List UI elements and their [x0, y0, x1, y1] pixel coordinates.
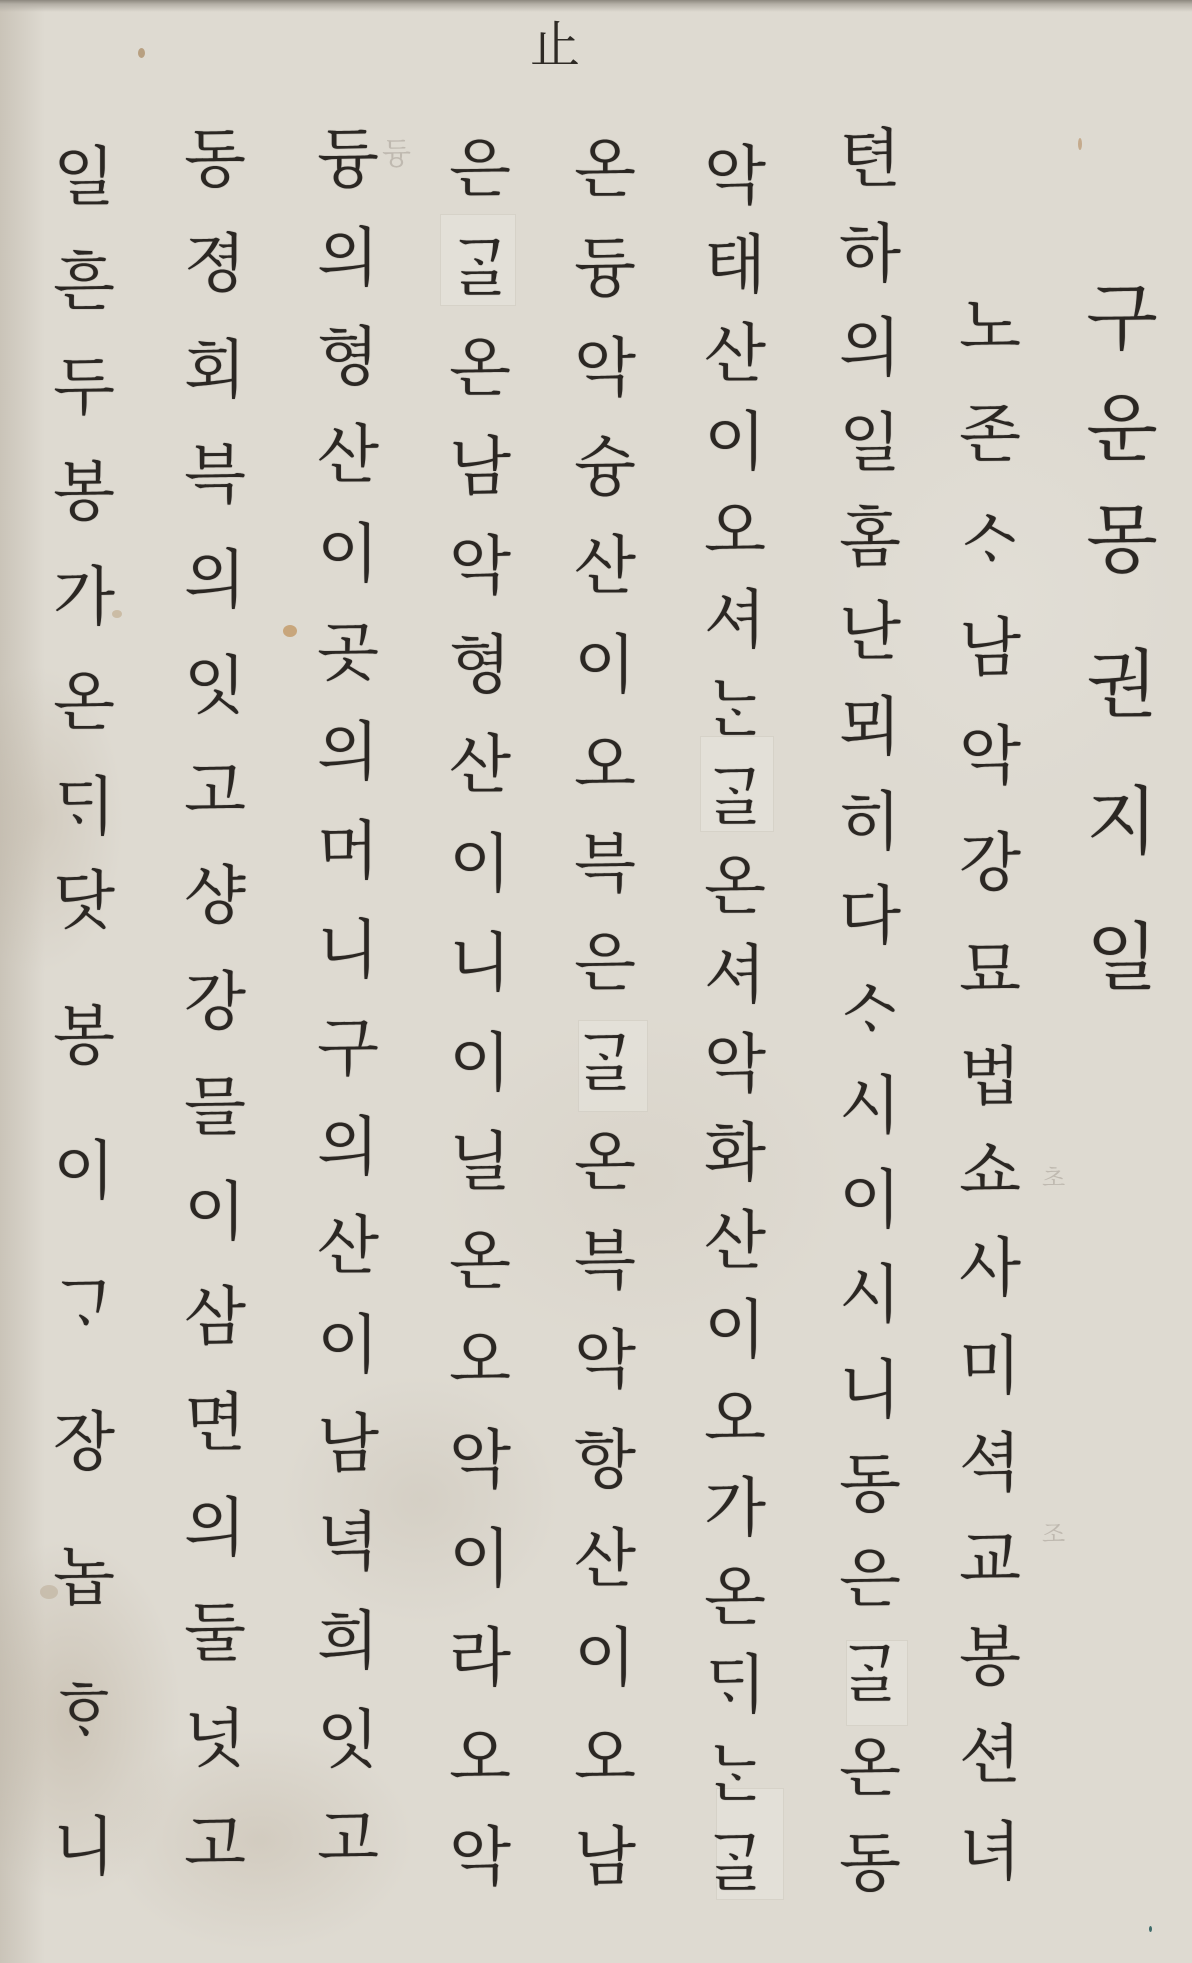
- character: 슝: [574, 436, 636, 500]
- character: 온: [449, 337, 511, 401]
- character: ᄃᆡ: [704, 1654, 766, 1718]
- text-column: 텬 하 의 일 홈 난 뫼 히 다 ᄉᆞ 시 이 시 니 동 은 ᄀᆞᆯ 온 동: [815, 0, 925, 1963]
- character: 이: [449, 1032, 511, 1096]
- character: 셕: [959, 1432, 1021, 1496]
- character: 운: [1086, 392, 1157, 466]
- character: ᄃᆡ: [53, 776, 115, 840]
- character: 동: [184, 128, 246, 192]
- character: 니: [317, 919, 379, 983]
- character: 교: [959, 1529, 1021, 1593]
- character: 머: [317, 820, 379, 884]
- character: 일: [53, 146, 115, 210]
- character: 이: [53, 1140, 115, 1204]
- character: 니: [53, 1816, 115, 1880]
- character: 강: [959, 832, 1021, 896]
- text-column: 듕 의 형 산 이 곳 의 머 니 구 의 산 이 남 녁 희 잇 고: [293, 0, 403, 1963]
- character: 봉: [53, 461, 115, 525]
- character: ᄀᆞᆯ: [449, 237, 511, 301]
- character: 은: [449, 138, 511, 202]
- character: 다: [839, 885, 901, 949]
- character: 의: [184, 1497, 246, 1561]
- character: 삼: [184, 1286, 246, 1350]
- character: ᄒᆞ: [53, 1681, 115, 1745]
- character: ᄉᆞ: [839, 980, 901, 1044]
- character: 이: [574, 1627, 636, 1691]
- character: 악: [449, 1826, 511, 1890]
- character: 곳: [317, 622, 379, 686]
- character: 은: [839, 1548, 901, 1612]
- column-segment: 노 존 ᄉᆞ 남 악 강 묘 법: [935, 296, 1045, 1110]
- character: 이: [574, 634, 636, 698]
- character: 의: [317, 721, 379, 785]
- character: 이: [184, 1181, 246, 1245]
- character: 회: [184, 339, 246, 403]
- character: 시: [839, 1075, 901, 1139]
- character: 산: [317, 424, 379, 488]
- character: 오: [574, 1727, 636, 1791]
- text-column-heading: 노 존 ᄉᆞ 남 악 강 묘 법 쇼 사 미 셕 교 봉 션 녀: [935, 0, 1045, 1963]
- character: 온: [839, 1737, 901, 1801]
- character: 구: [1086, 281, 1157, 355]
- character: 놉: [53, 1546, 115, 1610]
- character: 녁: [317, 1511, 379, 1575]
- character: 뫼: [839, 696, 901, 760]
- character: 온: [704, 1566, 766, 1630]
- character: 가: [53, 566, 115, 630]
- character: 이: [317, 1314, 379, 1378]
- character: 이: [449, 1528, 511, 1592]
- character: 존: [959, 403, 1021, 467]
- character: 사: [959, 1237, 1021, 1301]
- character: 션: [959, 1724, 1021, 1788]
- column-segment: 닷 봉 이 ᄀᆞ 장 놉 ᄒᆞ 니: [29, 870, 139, 1880]
- character: ᄂᆞᆫ: [704, 1743, 766, 1807]
- character: 넛: [184, 1708, 246, 1772]
- character: 의: [184, 549, 246, 613]
- character: 고: [184, 1813, 246, 1877]
- text-column: 동 졍 회 븍 의 잇 고 샹 강 믈 이 삼 면 의 둘 넛 고: [160, 0, 270, 1963]
- character: 산: [704, 1210, 766, 1274]
- character: 지: [1086, 785, 1157, 859]
- character: 악: [574, 1329, 636, 1393]
- character: 구: [317, 1017, 379, 1081]
- character: 봉: [959, 1626, 1021, 1690]
- character: ᄂᆞᆫ: [704, 678, 766, 742]
- character: 이: [317, 523, 379, 587]
- column-segment: 권 지 일: [1067, 648, 1177, 995]
- character: 흔: [53, 251, 115, 315]
- character: 븍: [574, 833, 636, 897]
- character: 묘: [959, 939, 1021, 1003]
- character: 셔: [704, 944, 766, 1008]
- character: 난: [839, 601, 901, 665]
- character: 믈: [184, 1076, 246, 1140]
- character: ᄀᆞᆯ: [574, 1032, 636, 1096]
- character: 고: [184, 760, 246, 824]
- character: ᄀᆞ: [53, 1275, 115, 1339]
- character: 강: [184, 971, 246, 1035]
- character: 산: [704, 323, 766, 387]
- text-column: 악 태 산 이 오 셔 ᄂᆞᆫ ᄀᆞᆯ 온 셔 악 화 산 이 오 가 온 ᄃᆡ…: [680, 0, 790, 1963]
- character: 산: [449, 734, 511, 798]
- character: 동: [839, 1832, 901, 1896]
- column-segment: 온 듕 악 슝 산 이 오 븍 은 ᄀᆞᆯ 온 븍 악 항 산 이 오 남: [550, 138, 660, 1890]
- character: 시: [839, 1264, 901, 1328]
- character: 악: [449, 535, 511, 599]
- character: 이: [704, 1299, 766, 1363]
- pencil-annotation: 초: [1042, 1166, 1065, 1190]
- character: 니: [449, 932, 511, 996]
- character: 졍: [184, 233, 246, 297]
- character: ᄀᆞᆯ: [704, 766, 766, 830]
- character: 하: [839, 223, 901, 287]
- character: 듕: [574, 237, 636, 301]
- character: 이: [449, 833, 511, 897]
- character: 일: [839, 412, 901, 476]
- character: 화: [704, 1122, 766, 1186]
- character: ᄀᆞᆯ: [839, 1643, 901, 1707]
- character: 형: [449, 634, 511, 698]
- column-segment: 동 졍 회 븍 의 잇 고 샹 강 믈 이 삼 면 의 둘 넛 고: [160, 128, 270, 1877]
- character: 잇: [184, 655, 246, 719]
- character: 온: [574, 1131, 636, 1195]
- character: 태: [704, 234, 766, 298]
- character: 의: [839, 317, 901, 381]
- character: 항: [574, 1429, 636, 1493]
- character: 오: [449, 1329, 511, 1393]
- character: 희: [317, 1610, 379, 1674]
- character: 오: [704, 1388, 766, 1452]
- character: 듕: [317, 128, 379, 192]
- text-column-title: 구 운 몽 권 지 일: [1067, 0, 1177, 1963]
- character: 오: [574, 734, 636, 798]
- character: 은: [574, 932, 636, 996]
- character: 븍: [184, 444, 246, 508]
- text-column: 온 듕 악 슝 산 이 오 븍 은 ᄀᆞᆯ 온 븍 악 항 산 이 오 남: [550, 0, 660, 1963]
- manuscript-page: 듕 초 조 止 구 운 몽 권 지 일 노 존 ᄉᆞ 남 악 강 묘 법 쇼 사: [0, 0, 1192, 1963]
- character: 가: [704, 1477, 766, 1541]
- character: 샹: [184, 865, 246, 929]
- character: 븍: [574, 1230, 636, 1294]
- character: 닷: [53, 870, 115, 934]
- character: 몽: [1086, 503, 1157, 577]
- character: 악: [574, 337, 636, 401]
- character: 텬: [839, 128, 901, 192]
- character: 권: [1086, 648, 1157, 722]
- column-segment: 악 태 산 이 오 셔 ᄂᆞᆫ ᄀᆞᆯ 온 셔 악 화 산 이 오 가 온 ᄃᆡ…: [680, 145, 790, 1896]
- character: ᄉᆞ: [959, 510, 1021, 574]
- character: 동: [839, 1453, 901, 1517]
- character: 셔: [704, 589, 766, 653]
- character: 남: [317, 1413, 379, 1477]
- character: 두: [53, 356, 115, 420]
- character: 온: [53, 671, 115, 735]
- character: 잇: [317, 1709, 379, 1773]
- character: 홈: [839, 507, 901, 571]
- character: 이: [839, 1169, 901, 1233]
- character: 니: [839, 1359, 901, 1423]
- character: 산: [317, 1215, 379, 1279]
- character: 라: [449, 1627, 511, 1691]
- character: 온: [449, 1230, 511, 1294]
- character: 녀: [959, 1821, 1021, 1885]
- character: 악: [704, 1033, 766, 1097]
- character: 오: [449, 1727, 511, 1791]
- character: 악: [959, 725, 1021, 789]
- character: 미: [959, 1335, 1021, 1399]
- character: 산: [574, 535, 636, 599]
- character: 봉: [53, 1005, 115, 1069]
- character: 법: [959, 1046, 1021, 1110]
- character: 온: [574, 138, 636, 202]
- character: 쇼: [959, 1140, 1021, 1204]
- column-segment: 은 ᄀᆞᆯ 온 남 악 형 산 이 니 이 닐 온 오 악 이 라 오 악: [425, 138, 535, 1890]
- character: 형: [317, 326, 379, 390]
- character: 면: [184, 1392, 246, 1456]
- character: 의: [317, 227, 379, 291]
- character: 남: [574, 1826, 636, 1890]
- character: 오: [704, 500, 766, 564]
- character: 이: [704, 411, 766, 475]
- column-segment: 텬 하 의 일 홈 난 뫼 히 다 ᄉᆞ 시 이 시 니 동 은 ᄀᆞᆯ 온 동: [815, 128, 925, 1896]
- text-column: 일 흔 두 봉 가 온 ᄃᆡ 닷 봉 이 ᄀᆞ 장 놉 ᄒᆞ 니: [29, 0, 139, 1963]
- character: 둘: [184, 1602, 246, 1666]
- stain-spot: [138, 48, 145, 58]
- character: 산: [574, 1528, 636, 1592]
- column-segment: 일 흔 두 봉 가 온 ᄃᆡ: [29, 146, 139, 840]
- character: 남: [449, 436, 511, 500]
- character: 악: [449, 1429, 511, 1493]
- column-segment: 듕 의 형 산 이 곳 의 머 니 구 의 산 이 남 녁 희 잇 고: [293, 128, 403, 1872]
- character: 의: [317, 1116, 379, 1180]
- character: 장: [53, 1411, 115, 1475]
- character: 닐: [449, 1131, 511, 1195]
- character: 노: [959, 296, 1021, 360]
- character: 일: [1086, 921, 1157, 995]
- character: 히: [839, 791, 901, 855]
- character: 악: [704, 145, 766, 209]
- character: 고: [317, 1808, 379, 1872]
- character: 남: [959, 617, 1021, 681]
- pencil-annotation: 조: [1042, 1522, 1065, 1546]
- column-segment: 구 운 몽: [1067, 281, 1177, 577]
- text-column: 은 ᄀᆞᆯ 온 남 악 형 산 이 니 이 닐 온 오 악 이 라 오 악: [425, 0, 535, 1963]
- character: 온: [704, 855, 766, 919]
- character: ᄀᆞᆯ: [704, 1832, 766, 1896]
- column-segment: 쇼 사 미 셕 교 봉 션 녀: [935, 1140, 1045, 1885]
